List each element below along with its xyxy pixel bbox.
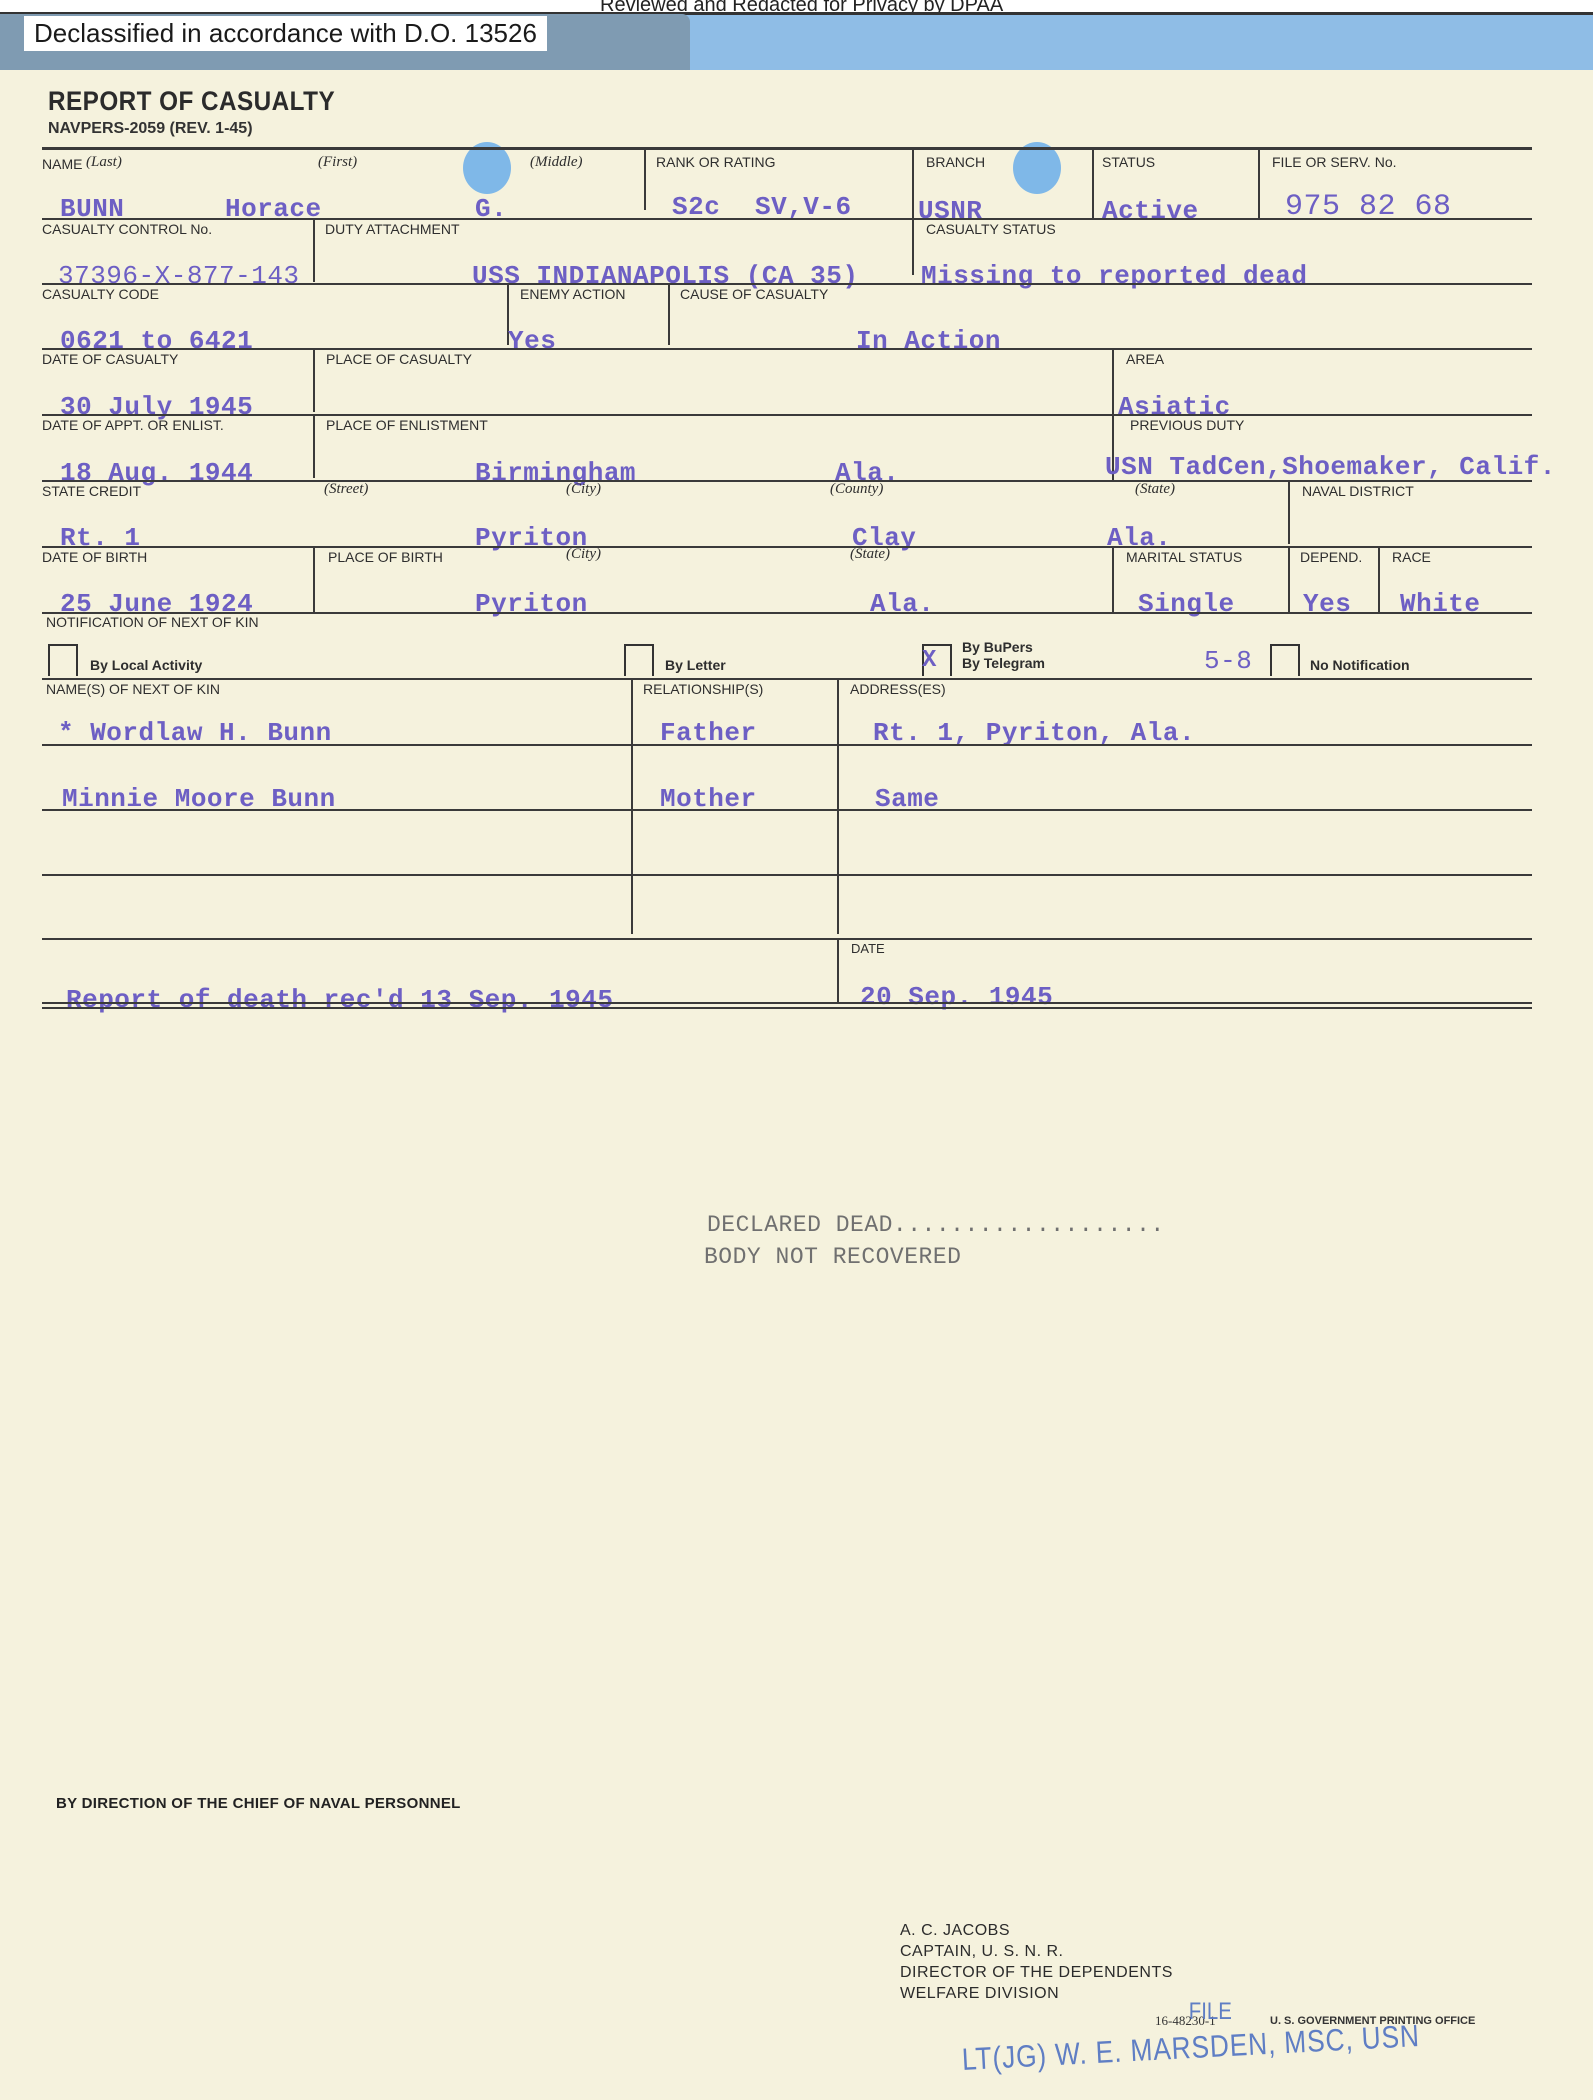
privacy-banner-bar: Reviewed and Redacted for Privacy by DPA… bbox=[0, 0, 1593, 12]
rule bbox=[42, 938, 1532, 940]
value-birth-city: Pyriton bbox=[475, 589, 588, 619]
divider bbox=[1258, 150, 1260, 218]
divider bbox=[912, 150, 914, 275]
label-branch: BRANCH bbox=[926, 154, 985, 170]
rule bbox=[42, 414, 1532, 416]
rule bbox=[42, 283, 1532, 285]
divider bbox=[1378, 548, 1380, 612]
label-enemy-action: ENEMY ACTION bbox=[520, 286, 626, 302]
declared-dead-note: DECLARED DEAD................... bbox=[707, 1212, 1165, 1238]
divider bbox=[313, 548, 315, 612]
label-cause: CAUSE OF CASUALTY bbox=[680, 286, 828, 302]
label-place-enlist: PLACE OF ENLISTMENT bbox=[326, 417, 488, 433]
divider bbox=[837, 938, 839, 1003]
signer-division: WELFARE DIVISION bbox=[900, 1983, 1173, 2004]
label-relationships: RELATIONSHIP(S) bbox=[643, 681, 763, 697]
declassified-label: Declassified in accordance with D.O. 135… bbox=[24, 16, 547, 51]
signer-title: DIRECTOR OF THE DEPENDENTS bbox=[900, 1962, 1173, 1983]
rule bbox=[42, 480, 1532, 482]
form-number: NAVPERS-2059 (REV. 1-45) bbox=[48, 120, 253, 138]
label-date-birth: DATE OF BIRTH bbox=[42, 549, 147, 565]
label-rank: RANK OR RATING bbox=[656, 154, 776, 170]
divider bbox=[1092, 150, 1094, 218]
label-street: (Street) bbox=[324, 481, 368, 498]
rule bbox=[42, 218, 1532, 220]
form-title: REPORT OF CASUALTY bbox=[48, 86, 335, 117]
divider bbox=[313, 220, 315, 282]
label-addresses: ADDRESS(ES) bbox=[850, 681, 946, 697]
signer-rank: CAPTAIN, U. S. N. R. bbox=[900, 1941, 1173, 1962]
value-marital: Single bbox=[1138, 589, 1235, 619]
rule bbox=[42, 612, 1532, 614]
rule bbox=[42, 678, 1532, 680]
rule bbox=[42, 744, 1532, 746]
label-by-bupers: By BuPers bbox=[962, 639, 1033, 655]
label-name: NAME bbox=[42, 156, 82, 172]
label-by-letter: By Letter bbox=[665, 657, 726, 673]
rule bbox=[42, 546, 1532, 548]
label-no-notification: No Notification bbox=[1310, 657, 1410, 673]
label-file-no: FILE OR SERV. No. bbox=[1272, 154, 1397, 170]
divider bbox=[668, 285, 670, 345]
label-status: STATUS bbox=[1102, 154, 1155, 170]
divider bbox=[1112, 548, 1114, 612]
label-place-casualty: PLACE OF CASUALTY bbox=[326, 351, 472, 367]
label-nok-names: NAME(S) OF NEXT OF KIN bbox=[46, 681, 220, 697]
rule bbox=[42, 348, 1532, 350]
value-cause: In Action bbox=[856, 326, 1001, 356]
rule bbox=[42, 809, 1532, 811]
signer-name: A. C. JACOBS bbox=[900, 1920, 1173, 1941]
label-date: DATE bbox=[851, 941, 885, 956]
label-depend: DEPEND. bbox=[1300, 549, 1362, 565]
label-casualty-status: CASUALTY STATUS bbox=[926, 221, 1056, 237]
label-birth-state: (State) bbox=[850, 546, 890, 563]
label-duty: DUTY ATTACHMENT bbox=[325, 221, 460, 237]
label-by-local: By Local Activity bbox=[90, 657, 202, 673]
value-previous-duty: USN TadCen,Shoemaker, Calif. bbox=[1105, 452, 1556, 482]
label-first: (First) bbox=[318, 154, 357, 171]
label-state: (State) bbox=[1135, 481, 1175, 498]
value-depend: Yes bbox=[1303, 589, 1351, 619]
label-place-birth: PLACE OF BIRTH bbox=[328, 549, 443, 565]
checkbox-by-letter[interactable] bbox=[624, 644, 654, 676]
remarks-text: Report of death rec'd 13 Sep. 1945 bbox=[66, 985, 614, 1015]
label-area: AREA bbox=[1126, 351, 1164, 367]
divider bbox=[837, 680, 839, 934]
label-county: (County) bbox=[830, 481, 883, 498]
label-state-credit: STATE CREDIT bbox=[42, 483, 141, 499]
label-date-enlist: DATE OF APPT. OR ENLIST. bbox=[42, 417, 224, 433]
divider bbox=[313, 350, 315, 412]
label-race: RACE bbox=[1392, 549, 1431, 565]
label-previous-duty: PREVIOUS DUTY bbox=[1130, 417, 1244, 433]
checkbox-no-notification[interactable] bbox=[1270, 644, 1300, 676]
label-birth-city: (City) bbox=[566, 546, 601, 563]
rule bbox=[42, 147, 1532, 150]
label-city: (City) bbox=[566, 481, 601, 498]
divider bbox=[644, 150, 646, 210]
direction-statement: BY DIRECTION OF THE CHIEF OF NAVAL PERSO… bbox=[56, 1795, 461, 1812]
file-stamp: FILE bbox=[1189, 1998, 1232, 2026]
label-casualty-code: CASUALTY CODE bbox=[42, 286, 159, 302]
checkbox-local-activity[interactable] bbox=[48, 644, 78, 676]
label-last: (Last) bbox=[86, 154, 122, 171]
value-casualty-status: Missing to reported dead bbox=[921, 261, 1307, 291]
value-status: Active bbox=[1102, 196, 1199, 226]
label-naval-district: NAVAL DISTRICT bbox=[1302, 483, 1414, 499]
label-date-casualty: DATE OF CASUALTY bbox=[42, 351, 178, 367]
divider bbox=[1288, 548, 1290, 612]
label-marital: MARITAL STATUS bbox=[1126, 549, 1242, 565]
divider bbox=[313, 416, 315, 478]
signature-block: A. C. JACOBS CAPTAIN, U. S. N. R. DIRECT… bbox=[900, 1920, 1173, 2004]
rule bbox=[42, 1007, 1532, 1009]
value-enlist-city: Birmingham bbox=[475, 458, 636, 488]
divider bbox=[631, 680, 633, 934]
body-not-recovered-note: BODY NOT RECOVERED bbox=[704, 1244, 961, 1270]
telegram-check-mark: X bbox=[922, 647, 937, 674]
value-race: White bbox=[1400, 589, 1481, 619]
label-notification: NOTIFICATION OF NEXT OF KIN bbox=[46, 614, 259, 630]
value-birth-state: Ala. bbox=[870, 589, 934, 619]
label-middle: (Middle) bbox=[530, 154, 582, 171]
rule bbox=[42, 1002, 1532, 1004]
value-notification-code: 5-8 bbox=[1204, 646, 1252, 676]
value-enemy-action: Yes bbox=[508, 326, 556, 356]
label-control-no: CASUALTY CONTROL No. bbox=[42, 221, 212, 237]
rule bbox=[42, 874, 1532, 876]
divider bbox=[1288, 482, 1290, 544]
label-by-telegram: By Telegram bbox=[962, 655, 1045, 671]
